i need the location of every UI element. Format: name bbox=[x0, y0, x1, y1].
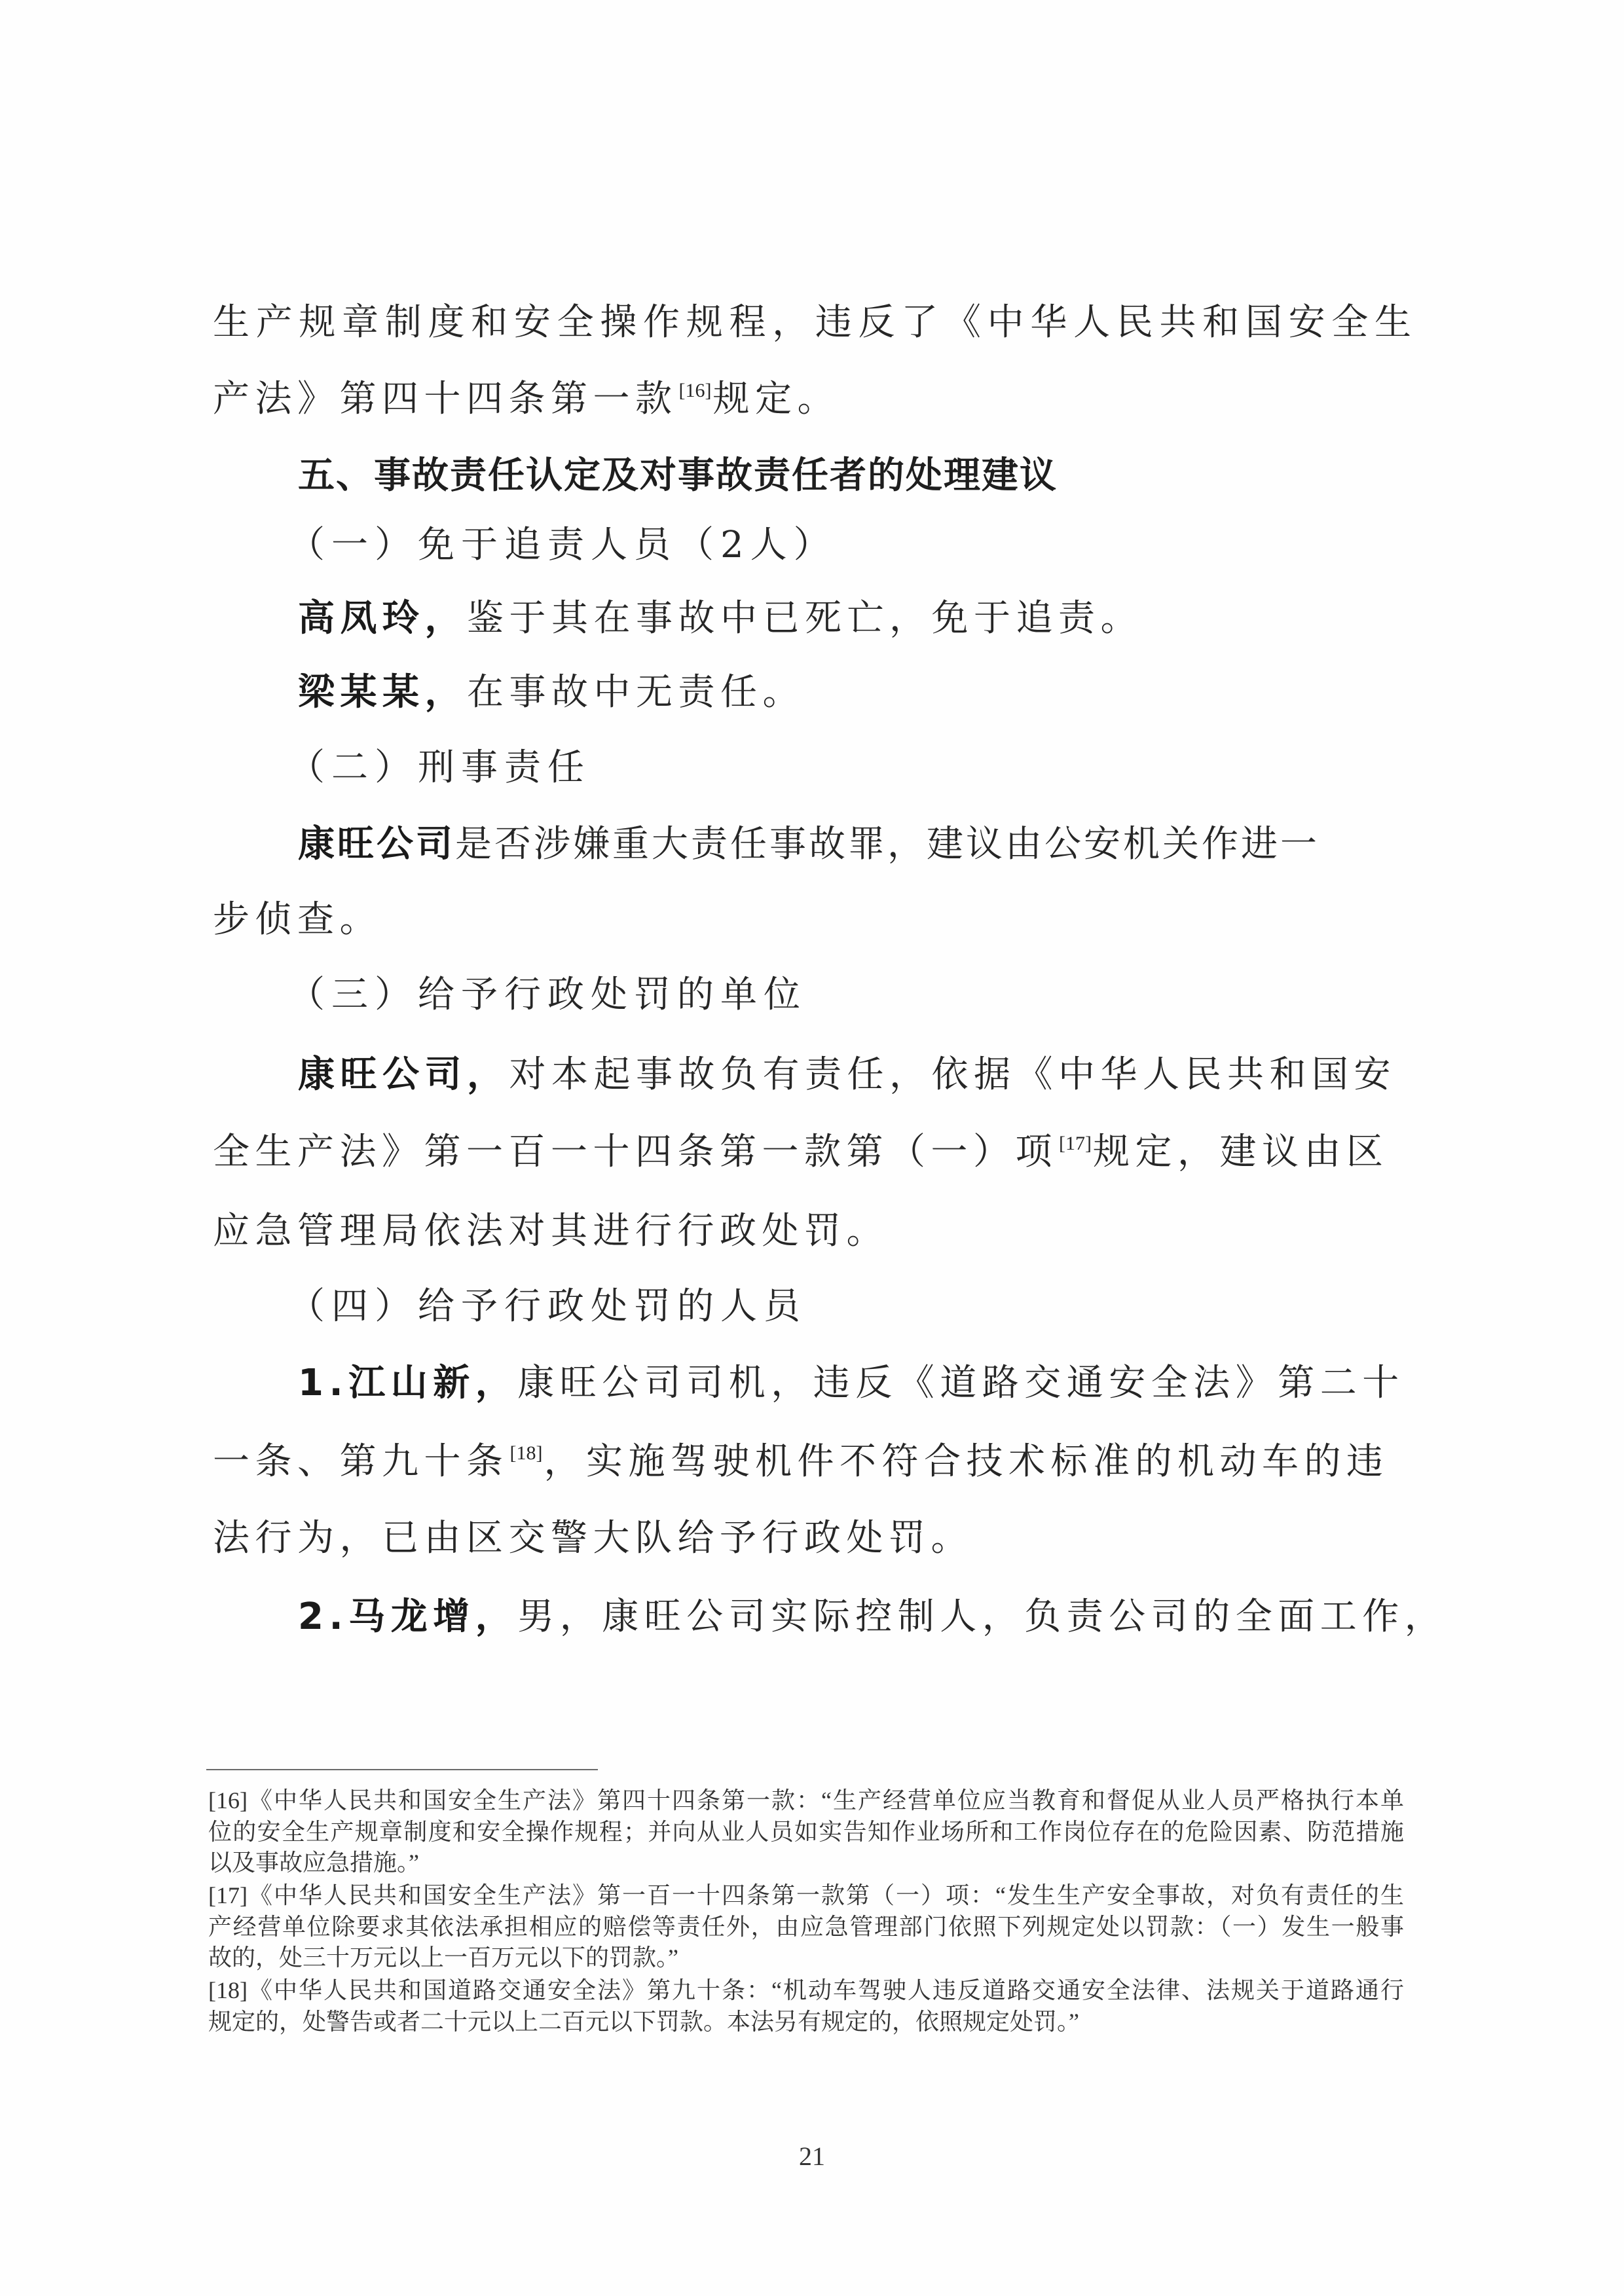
body-text: 鉴于其在事故中已死亡，免于追责。 bbox=[467, 597, 1143, 640]
footnote-18: [18]《中华人民共和国道路交通安全法》第九十条：“机动车驾驶人违反道路交通安全… bbox=[208, 1975, 1404, 2006]
company-name: 康旺公司， bbox=[298, 1053, 509, 1096]
paragraph-admin-unit: 康旺公司，对本起事故负有责任，依据《中华人民共和国安 bbox=[298, 1049, 1411, 1101]
footnote-ref-17[interactable]: [17] bbox=[1059, 1133, 1092, 1154]
body-line: 步侦查。 bbox=[213, 894, 1411, 946]
paragraph-gao-fengling: 高凤玲，鉴于其在事故中已死亡，免于追责。 bbox=[298, 592, 1411, 645]
body-line: 生产规章制度和安全操作规程，违反了《中华人民共和国安全生 bbox=[213, 297, 1411, 349]
body-text: 是否涉嫌重大责任事故罪，建议由公安机关作进一 bbox=[455, 823, 1319, 866]
page-number: 21 bbox=[786, 2141, 838, 2172]
person-name: 2.马龙增， bbox=[298, 1595, 517, 1638]
footnote-ref-16[interactable]: [16] bbox=[679, 380, 712, 401]
subsection-heading: （四）给予行政处罚的人员 bbox=[288, 1281, 1486, 1333]
paragraph-criminal: 康旺公司是否涉嫌重大责任事故罪，建议由公安机关作进一 bbox=[298, 818, 1411, 871]
body-text: 一条、第九十条 bbox=[213, 1440, 509, 1483]
footnote-separator bbox=[206, 1769, 598, 1770]
footnote-ref-18[interactable]: [18] bbox=[510, 1442, 543, 1464]
paragraph-ma: 2.马龙增，男，康旺公司实际控制人，负责公司的全面工作， bbox=[298, 1591, 1411, 1643]
paragraph-jiang: 1.江山新，康旺公司司机，违反《道路交通安全法》第二十 bbox=[298, 1357, 1411, 1410]
person-name: 高凤玲， bbox=[298, 597, 467, 640]
body-line: 法行为，已由区交警大队给予行政处罚。 bbox=[213, 1512, 1411, 1565]
body-text: 男，康旺公司实际控制人，负责公司的全面工作， bbox=[517, 1595, 1447, 1638]
body-line: 产法》第四十四条第一款[16]规定。 bbox=[213, 373, 1411, 426]
footnote-16: 位的安全生产规章制度和安全操作规程；并向从业人员如实告知作业场所和工作岗位存在的… bbox=[208, 1816, 1404, 1848]
section-heading: 五、事故责任认定及对事故责任者的处理建议 bbox=[298, 450, 1411, 502]
person-name: 梁某某， bbox=[298, 671, 467, 714]
body-text: 产法》第四十四条第一款 bbox=[213, 378, 678, 420]
subsection-heading: （三）给予行政处罚的单位 bbox=[288, 969, 1486, 1021]
body-text: 康旺公司司机，违反《道路交通安全法》第二十 bbox=[517, 1362, 1405, 1404]
company-name: 康旺公司 bbox=[298, 823, 455, 866]
body-line: 全生产法》第一百一十四条第一款第（一）项[17]规定，建议由区 bbox=[213, 1126, 1411, 1178]
body-text: 规定，建议由区 bbox=[1093, 1131, 1389, 1173]
footnote-16: 以及事故应急措施。” bbox=[208, 1847, 1404, 1878]
footnote-17: [17]《中华人民共和国安全生产法》第一百一十四条第一款第（一）项：“发生生产安… bbox=[208, 1880, 1404, 1911]
subsection-heading: （一）免于追责人员（2人） bbox=[288, 519, 1486, 572]
footnote-16: [16]《中华人民共和国安全生产法》第四十四条第一款：“生产经营单位应当教育和督… bbox=[208, 1785, 1404, 1816]
document-page: 生产规章制度和安全操作规程，违反了《中华人民共和国安全生 产法》第四十四条第一款… bbox=[0, 0, 1624, 2296]
paragraph-liang: 梁某某，在事故中无责任。 bbox=[298, 666, 1411, 719]
body-text: 全生产法》第一百一十四条第一款第（一）项 bbox=[213, 1131, 1058, 1173]
body-text: 在事故中无责任。 bbox=[467, 671, 805, 714]
footnote-17: 产经营单位除要求其依法承担相应的赔偿等责任外，由应急管理部门依照下列规定处以罚款… bbox=[208, 1911, 1404, 1942]
footnote-17: 故的，处三十万元以上一百万元以下的罚款。” bbox=[208, 1942, 1404, 1973]
body-text: ，实施驾驶机件不符合技术标准的机动车的违 bbox=[544, 1440, 1388, 1483]
body-text: 对本起事故负有责任，依据《中华人民共和国安 bbox=[509, 1053, 1397, 1096]
body-line: 应急管理局依法对其进行行政处罚。 bbox=[213, 1205, 1411, 1258]
body-line: 一条、第九十条[18]，实施驾驶机件不符合技术标准的机动车的违 bbox=[213, 1436, 1411, 1488]
person-name: 1.江山新， bbox=[298, 1362, 517, 1404]
subsection-heading: （二）刑事责任 bbox=[288, 742, 1486, 794]
footnote-18: 规定的，处警告或者二十元以上二百元以下罚款。本法另有规定的，依照规定处罚。” bbox=[208, 2006, 1404, 2037]
body-text: 规定。 bbox=[712, 378, 840, 420]
